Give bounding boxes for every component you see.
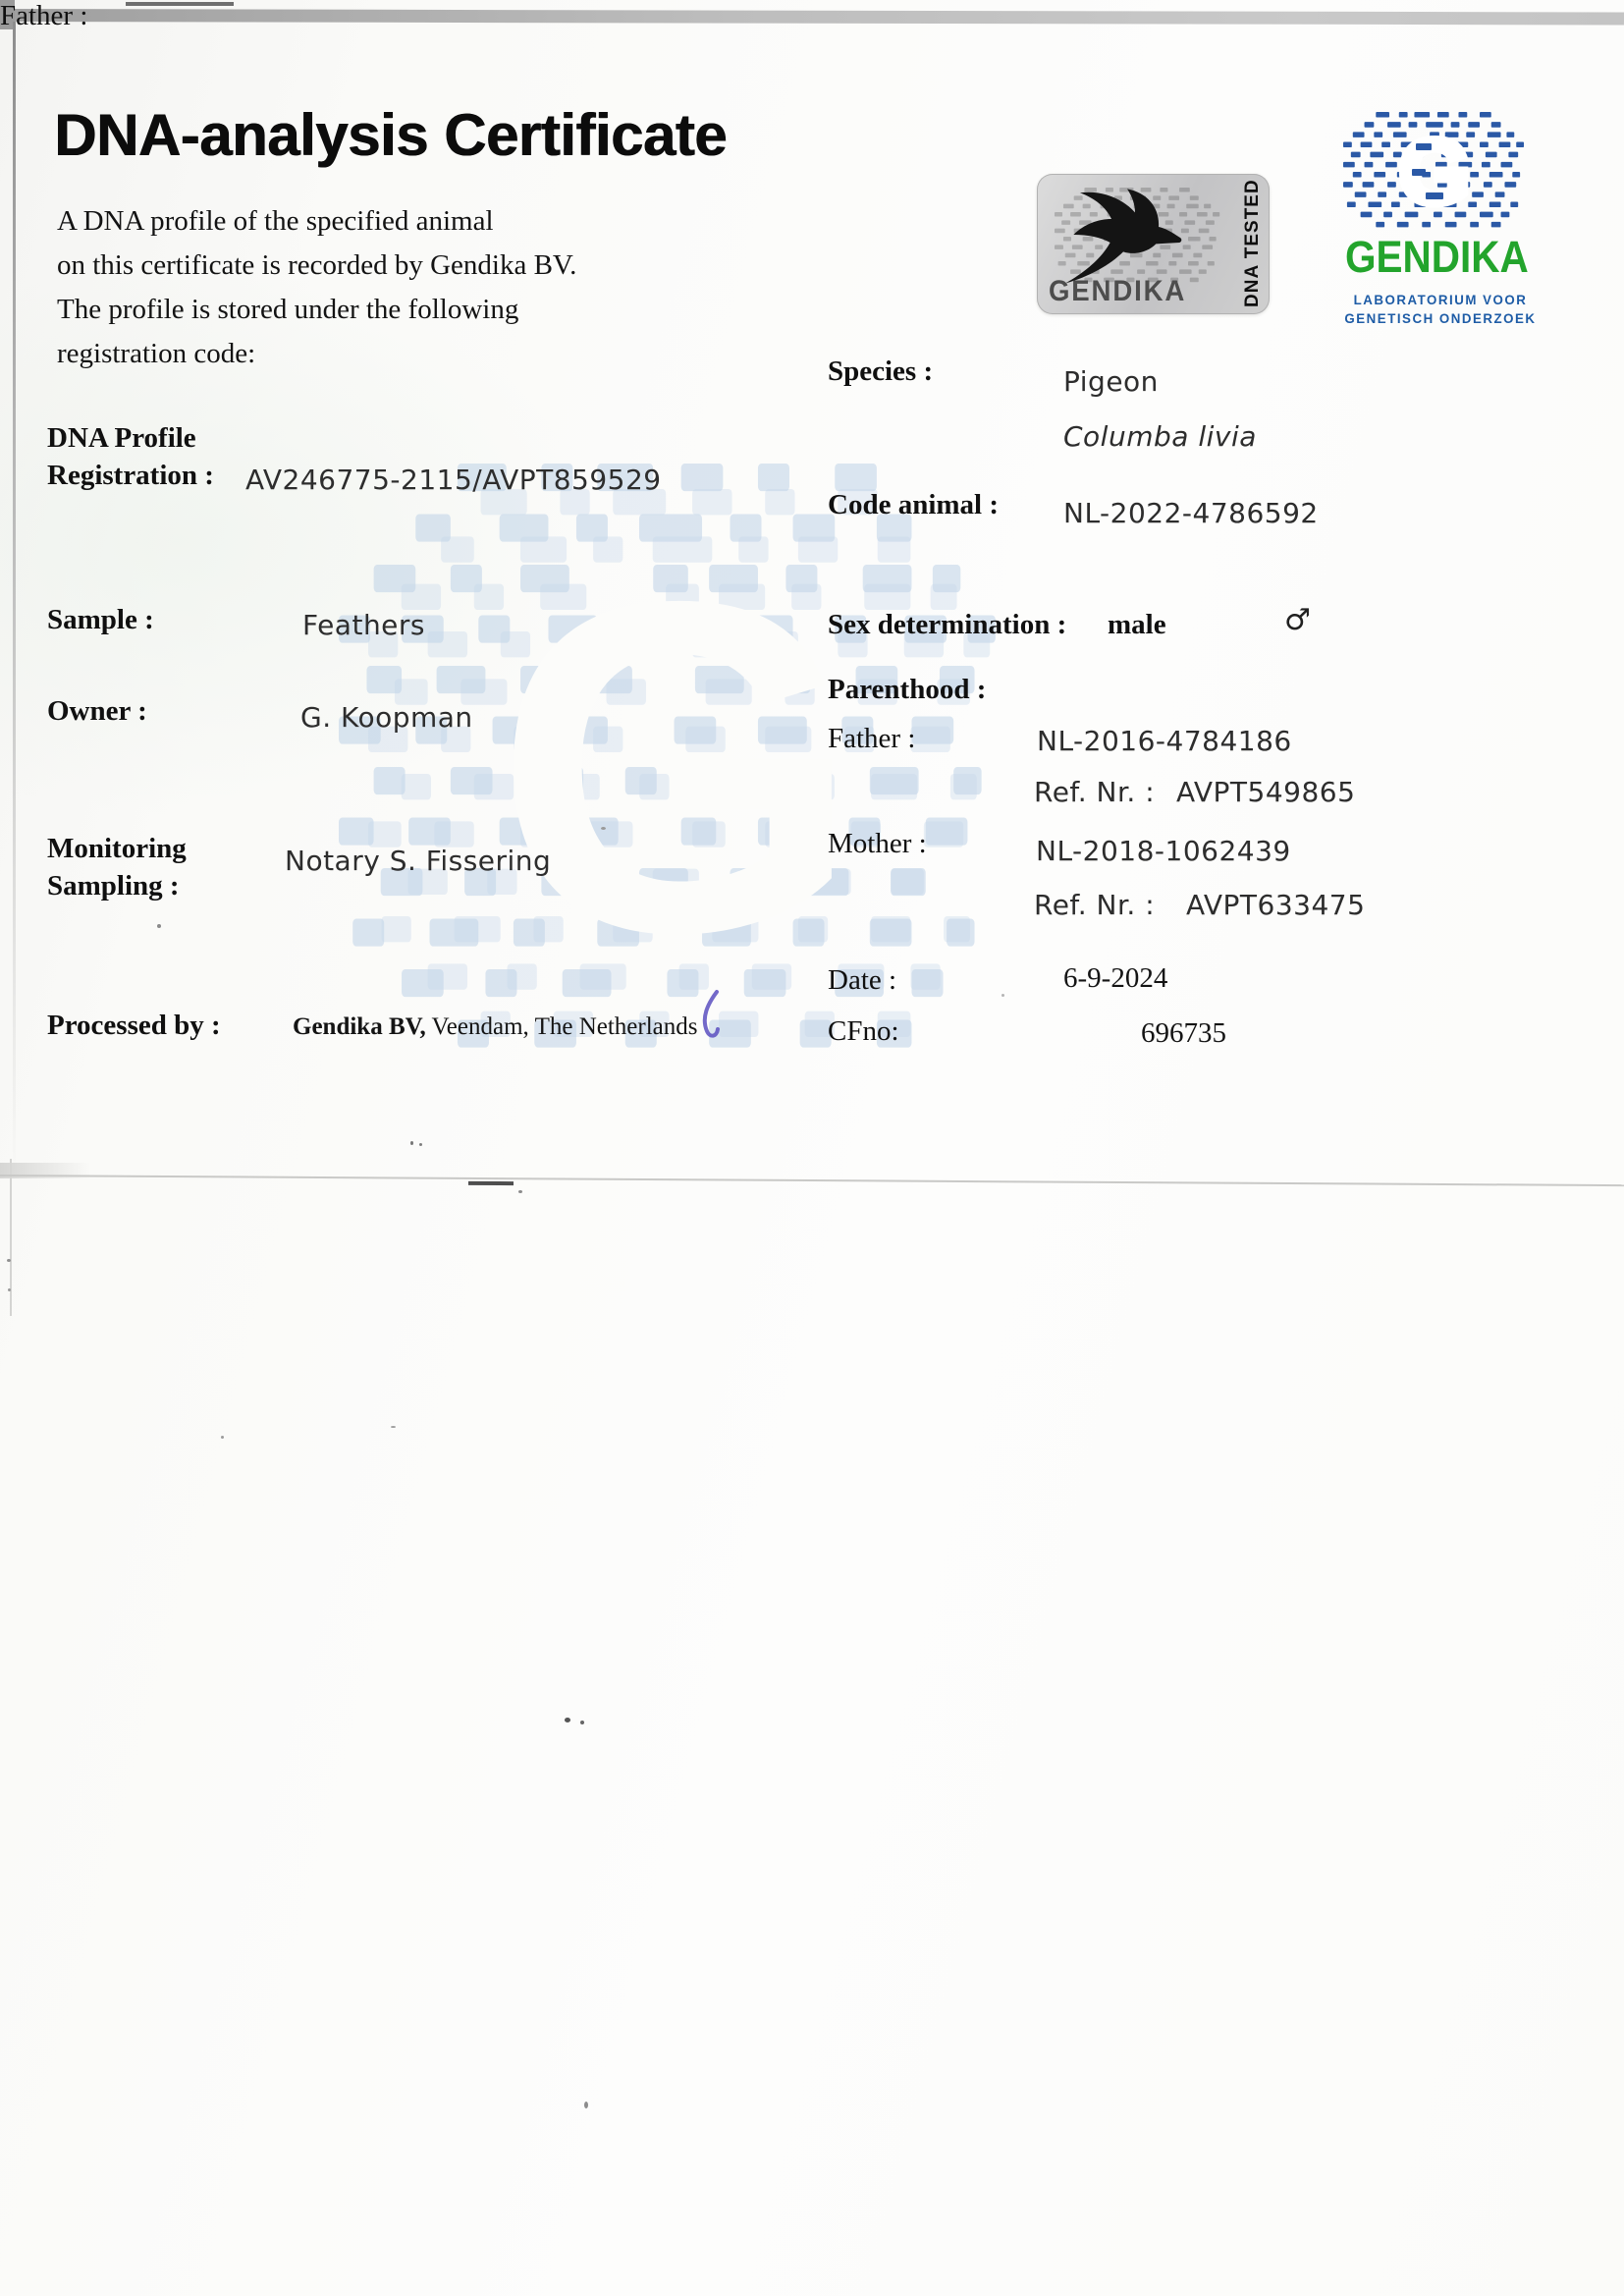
code-animal-label: Code animal : bbox=[828, 489, 999, 521]
logo-g-inner-dash bbox=[1412, 169, 1426, 176]
monitoring-label-line1: Monitoring bbox=[47, 833, 187, 865]
scan-edge-left bbox=[13, 22, 16, 1175]
father-ref-value: AVPT549865 bbox=[1176, 776, 1355, 808]
scan-speck bbox=[565, 1718, 570, 1722]
logo-wordmark: GENDIKA bbox=[1345, 232, 1529, 283]
mother-label: Mother : bbox=[828, 828, 927, 860]
scan-speck bbox=[7, 1259, 11, 1262]
scan-speck bbox=[157, 924, 161, 928]
scan-speck bbox=[584, 2102, 588, 2108]
intro-line-2: on this certificate is recorded by Gendi… bbox=[57, 244, 576, 288]
father-label-pos: Father : bbox=[828, 723, 915, 755]
scan-speck bbox=[1001, 994, 1004, 997]
processed-by-value: Gendika BV, Veendam, The Netherlands bbox=[293, 1013, 698, 1041]
scan-speck bbox=[391, 1426, 396, 1428]
sample-label: Sample : bbox=[47, 604, 154, 636]
scan-edge-left-faint bbox=[10, 1159, 12, 1316]
logo-g-knockout: G bbox=[1343, 112, 1526, 232]
certificate-page: G DNA-analysis Certificate A DNA profile… bbox=[0, 0, 1624, 2296]
hologram-sticker: GENDIKA DNA TESTED bbox=[1037, 174, 1270, 314]
date-value: 6-9-2024 bbox=[1063, 962, 1167, 995]
scan-speck bbox=[419, 1143, 422, 1146]
intro-line-1: A DNA profile of the specified animal bbox=[57, 199, 494, 244]
father-value: NL-2016-4784186 bbox=[1037, 725, 1292, 757]
parenthood-label: Parenthood : bbox=[828, 674, 986, 706]
species-value: Pigeon bbox=[1063, 365, 1159, 398]
sex-value: male bbox=[1108, 609, 1166, 641]
registration-label-line2: Registration : bbox=[47, 460, 214, 492]
scan-speck bbox=[518, 1190, 522, 1193]
scan-fold-line bbox=[0, 1175, 1624, 1186]
intro-line-4: registration code: bbox=[57, 332, 255, 376]
cfno-value: 696735 bbox=[1141, 1017, 1226, 1050]
owner-label: Owner : bbox=[47, 695, 147, 728]
father-ref-label: Ref. Nr. : bbox=[1034, 776, 1155, 808]
date-label: Date : bbox=[828, 964, 896, 997]
sample-value: Feathers bbox=[302, 609, 425, 641]
mother-value: NL-2018-1062439 bbox=[1036, 835, 1291, 867]
mother-ref-label: Ref. Nr. : bbox=[1034, 889, 1155, 921]
sex-determination-label: Sex determination : bbox=[828, 609, 1066, 641]
pen-mark bbox=[687, 988, 727, 1045]
logo-g-inner-dash bbox=[1416, 143, 1432, 150]
processed-by-label: Processed by : bbox=[47, 1010, 221, 1042]
scan-speck bbox=[221, 1436, 224, 1439]
male-symbol-icon: ♂ bbox=[1284, 603, 1311, 637]
species-label: Species : bbox=[828, 355, 933, 388]
registration-value: AV246775-2115/AVPT859529 bbox=[245, 464, 662, 496]
species-latin-value: Columba livia bbox=[1063, 420, 1257, 453]
scan-speck bbox=[601, 827, 606, 830]
processed-by-location: Veendam, The Netherlands bbox=[426, 1013, 698, 1040]
owner-value: G. Koopman bbox=[300, 701, 473, 734]
logo-subtitle-line2: GENETISCH ONDERZOEK bbox=[1342, 309, 1539, 328]
page-title: DNA-analysis Certificate bbox=[54, 101, 727, 169]
scan-edge-top bbox=[0, 9, 1624, 25]
sticker-brand-text: GENDIKA bbox=[1049, 275, 1186, 308]
scan-speck bbox=[410, 1141, 413, 1145]
scan-edge-top-dark bbox=[126, 2, 234, 6]
watermark-g-knockout: G bbox=[412, 491, 943, 1041]
scan-speck bbox=[8, 1288, 11, 1291]
cfno-label: CFno: bbox=[828, 1015, 899, 1048]
scan-dark-dash bbox=[468, 1181, 514, 1185]
intro-line-3: The profile is stored under the followin… bbox=[57, 288, 518, 332]
registration-label-line1: DNA Profile bbox=[47, 422, 196, 455]
monitoring-label-line2: Sampling : bbox=[47, 870, 180, 902]
pigeon-silhouette-icon bbox=[1049, 180, 1206, 290]
father-label: Father : bbox=[0, 0, 87, 32]
mother-ref-value: AVPT633475 bbox=[1186, 889, 1365, 921]
logo-subtitle-line1: LABORATORIUM VOOR bbox=[1342, 291, 1539, 309]
sticker-dna-tested-text: DNA TESTED bbox=[1242, 178, 1264, 307]
logo-g-inner-dash bbox=[1426, 192, 1443, 199]
code-animal-value: NL-2022-4786592 bbox=[1063, 497, 1319, 529]
monitoring-value: Notary S. Fissering bbox=[285, 845, 551, 877]
scan-speck bbox=[580, 1721, 584, 1724]
processed-by-company: Gendika BV, bbox=[293, 1013, 426, 1040]
